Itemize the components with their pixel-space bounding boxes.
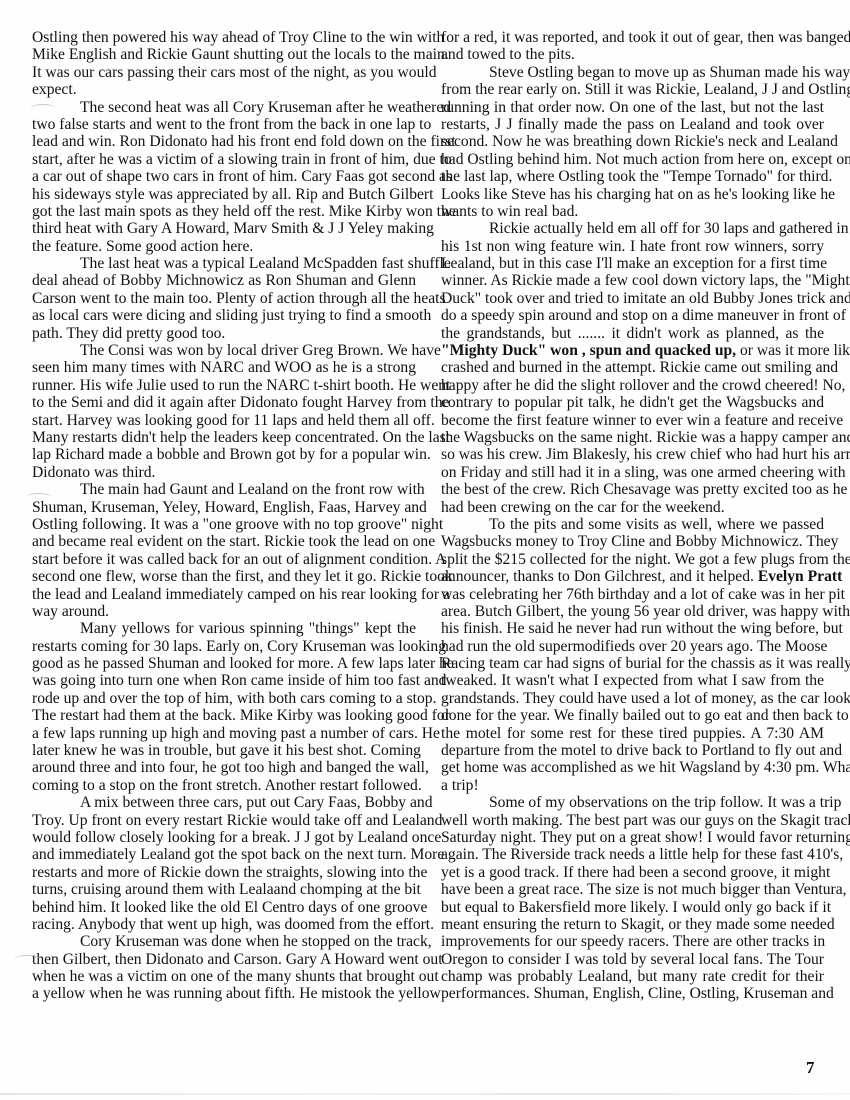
text-line: Oregon to consider I was told by several…: [441, 951, 824, 968]
text-line: deal ahead of Bobby Michnowicz as Ron Sh…: [32, 272, 416, 289]
text-line: A mix between three cars, put out Cary F…: [32, 794, 416, 811]
text-line: It was our cars passing their cars most …: [32, 64, 416, 81]
text-line: was going into turn one when Ron came in…: [32, 672, 416, 689]
text-line: the feature. Some good action here.: [32, 238, 416, 255]
text-line: a car out of shape two cars in front of …: [32, 168, 416, 185]
text-line: coming to a stop on the front stretch. A…: [32, 777, 416, 794]
text-line: Rickie actually held em all off for 30 l…: [441, 220, 824, 237]
text-line: start, after he was a victim of a slowin…: [32, 151, 416, 168]
text-line: behind him. It looked like the old El Ce…: [32, 899, 416, 916]
text-line: on Friday and still had it in a sling, w…: [441, 464, 824, 481]
scan-edge: [0, 1093, 850, 1095]
text-line: so was his crew. Jim Blakesly, his crew …: [441, 446, 824, 463]
text-line: his sideways style was appreciated by al…: [32, 186, 416, 203]
text-line: The last heat was a typical Lealand McSp…: [32, 255, 416, 272]
text-line: the motel for some rest for these tired …: [441, 725, 824, 742]
text-line: yet is a good track. If there had been a…: [441, 864, 824, 881]
text-line: Racing team car had signs of burial for …: [441, 655, 824, 672]
text-line: but equal to Bakersfield more likely. I …: [441, 899, 824, 916]
text-line: the best of the crew. Rich Chesavage was…: [441, 481, 824, 498]
text-line: the last lap, where Ostling took the "Te…: [441, 168, 824, 185]
text-line: The second heat was all Cory Kruseman af…: [32, 99, 416, 116]
text-line: To the pits and some visits as well, whe…: [441, 516, 824, 533]
scan-artifact: [30, 104, 56, 113]
text-line: got the last main spots as they held off…: [32, 203, 416, 220]
paragraph: The second heat was all Cory Kruseman af…: [32, 99, 416, 256]
text-line: improvements for our speedy racers. Ther…: [441, 933, 824, 950]
right-column: for a red, it was reported, and took it …: [441, 29, 824, 1003]
text-line: the Wagsbucks on the same night. Rickie …: [441, 429, 824, 446]
text-line: done for the year. We finally bailed out…: [441, 707, 824, 724]
text-line: Looks like Steve has his charging hat on…: [441, 186, 824, 203]
text-line: Many restarts didn't help the leaders ke…: [32, 429, 416, 446]
text-line: become the first feature winner to ever …: [441, 412, 824, 429]
text-line: start. Harvey was looking good for 11 la…: [32, 412, 416, 429]
text-line: Some of my observations on the trip foll…: [441, 794, 824, 811]
text-line: contrary to popular pit talk, he didn't …: [441, 394, 824, 411]
text-line: restarts coming for 30 laps. Early on, C…: [32, 638, 416, 655]
text-line: his 1st non wing feature win. I hate fro…: [441, 238, 824, 255]
text-line: was celebrating her 76th birthday and a …: [441, 586, 824, 603]
text-line: turns, cruising around them with Lealaan…: [32, 881, 416, 898]
text-line: good as he passed Shuman and looked for …: [32, 655, 416, 672]
text-line: again. The Riverside track needs a littl…: [441, 846, 824, 863]
text-line: Carson went to the main too. Plenty of a…: [32, 290, 416, 307]
text-line: get home was accomplished as we hit Wags…: [441, 759, 824, 776]
text-line: expect.: [32, 81, 416, 98]
paragraph: Many yellows for various spinning "thing…: [32, 620, 416, 794]
text-line: from the rear early on. Still it was Ric…: [441, 81, 824, 98]
text-line: had been crewing on the car for the week…: [441, 499, 824, 516]
text-line: the grandstands, but ....... it didn't w…: [441, 325, 824, 342]
text-line: start before it was called back for an o…: [32, 551, 416, 568]
text-line: later knew he was in trouble, but gave i…: [32, 742, 416, 759]
text-line: Mike English and Rickie Gaunt shutting o…: [32, 46, 416, 63]
bold-emphasis: "Mighty Duck" won , spun and quacked up,: [441, 342, 736, 359]
paragraph: To the pits and some visits as well, whe…: [441, 516, 824, 794]
text-line: Ostling then powered his way ahead of Tr…: [32, 29, 416, 46]
text-line: performances. Shuman, English, Cline, Os…: [441, 985, 824, 1002]
text-line: Didonato was third.: [32, 464, 416, 481]
text-line: The restart had them at the back. Mike K…: [32, 707, 416, 724]
text-line: for a red, it was reported, and took it …: [441, 29, 824, 46]
text-line: champ was probably Lealand, but many rat…: [441, 968, 824, 985]
text-line: Shuman, Kruseman, Yeley, Howard, English…: [32, 499, 416, 516]
text-line: a yellow when he was running about fifth…: [32, 985, 416, 1002]
paragraph: Cory Kruseman was done when he stopped o…: [32, 933, 416, 1003]
text-line: restarts and more of Rickie down the str…: [32, 864, 416, 881]
text-line: wants to win real bad.: [441, 203, 824, 220]
text-line: would follow closely looking for a break…: [32, 829, 416, 846]
text-line: crashed and burned in the attempt. Ricki…: [441, 359, 824, 376]
text-line: Cory Kruseman was done when he stopped o…: [32, 933, 416, 950]
text-line: around three and into four, he got too h…: [32, 759, 416, 776]
text-line: seen him many times with NARC and WOO as…: [32, 359, 416, 376]
text-line: lead and win. Ron Didonato had his front…: [32, 133, 416, 150]
text-line: restarts, J J finally made the pass on L…: [441, 116, 824, 133]
text-line: racing. Anybody that went up high, was d…: [32, 916, 416, 933]
paragraph: Rickie actually held em all off for 30 l…: [441, 220, 824, 516]
text-line: when he was a victim on one of the many …: [32, 968, 416, 985]
text-line: way around.: [32, 603, 416, 620]
text-line: third heat with Gary A Howard, Marv Smit…: [32, 220, 416, 237]
text-line: rode up and over the top of him, with bo…: [32, 690, 416, 707]
text-line: his finish. He said he never had run wit…: [441, 620, 824, 637]
text-line: meant ensuring the return to Skagit, or …: [441, 916, 824, 933]
text-line: had Ostling behind him. Not much action …: [441, 151, 824, 168]
text-line: happy after he did the slight rollover a…: [441, 377, 824, 394]
left-column: Ostling then powered his way ahead of Tr…: [32, 29, 416, 1003]
scan-artifact: [26, 493, 52, 502]
paragraph: Some of my observations on the trip foll…: [441, 794, 824, 1003]
text-line: Many yellows for various spinning "thing…: [32, 620, 416, 637]
text-line: The main had Gaunt and Lealand on the fr…: [32, 481, 416, 498]
text-line: departure from the motel to drive back t…: [441, 742, 824, 759]
paragraph: A mix between three cars, put out Cary F…: [32, 794, 416, 933]
text-line: runner. His wife Julie used to run the N…: [32, 377, 416, 394]
text-line: the lead and Lealand immediately camped …: [32, 586, 416, 603]
text-line: Troy. Up front on every restart Rickie w…: [32, 812, 416, 829]
text-line: two false starts and went to the front f…: [32, 116, 416, 133]
text-line: grandstands. They could have used a lot …: [441, 690, 824, 707]
text-line: Steve Ostling began to move up as Shuman…: [441, 64, 824, 81]
text-line: Saturday night. They put on a great show…: [441, 829, 824, 846]
text-line: Wagsbucks money to Troy Cline and Bobby …: [441, 533, 824, 550]
text-line: do a speedy spin around and stop on a di…: [441, 307, 824, 324]
text-line: winner. As Rickie made a few cool down v…: [441, 272, 824, 289]
document-page: Ostling then powered his way ahead of Tr…: [0, 0, 850, 1100]
text-line: Lealand, but in this case I'll make an e…: [441, 255, 824, 272]
paragraph: for a red, it was reported, and took it …: [441, 29, 824, 64]
paragraph: The main had Gaunt and Lealand on the fr…: [32, 481, 416, 620]
scan-artifact: [14, 955, 40, 964]
paragraph: Steve Ostling began to move up as Shuman…: [441, 64, 824, 221]
text-line: as local cars were dicing and sliding ju…: [32, 307, 416, 324]
text-line: to the Semi and did it again after Didon…: [32, 394, 416, 411]
paragraph: The Consi was won by local driver Greg B…: [32, 342, 416, 481]
text-line: then Gilbert, then Didonato and Carson. …: [32, 951, 416, 968]
text-line: split the $215 collected for the night. …: [441, 551, 824, 568]
bold-emphasis: Evelyn Pratt: [758, 568, 842, 585]
text-line: second. Now he was breathing down Rickie…: [441, 133, 824, 150]
text-line: and immediately Lealand got the spot bac…: [32, 846, 416, 863]
text-line: a few laps running up high and moving pa…: [32, 725, 416, 742]
page-number: 7: [806, 1058, 815, 1078]
text-line: "Mighty Duck" won , spun and quacked up,…: [441, 342, 824, 359]
text-line: and towed to the pits.: [441, 46, 824, 63]
text-line: announcer, thanks to Don Gilchrest, and …: [441, 568, 824, 585]
text-line: tweaked. It wasn't what I expected from …: [441, 672, 824, 689]
text-line: path. They did pretty good too.: [32, 325, 416, 342]
text-line: area. Butch Gilbert, the young 56 year o…: [441, 603, 824, 620]
text-line: Duck" took over and tried to imitate an …: [441, 290, 824, 307]
text-line: Ostling following. It was a "one groove …: [32, 516, 416, 533]
text-line: second one flew, worse than the first, a…: [32, 568, 416, 585]
text-line: well worth making. The best part was our…: [441, 812, 824, 829]
paragraph: The last heat was a typical Lealand McSp…: [32, 255, 416, 342]
text-line: The Consi was won by local driver Greg B…: [32, 342, 416, 359]
text-line: running in that order now. On one of the…: [441, 99, 824, 116]
text-line: have been a great race. The size is not …: [441, 881, 824, 898]
text-line: had run the old supermodifieds over 20 y…: [441, 638, 824, 655]
text-line: a trip!: [441, 777, 824, 794]
paragraph: Ostling then powered his way ahead of Tr…: [32, 29, 416, 99]
text-line: lap Richard made a bobble and Brown got …: [32, 446, 416, 463]
text-line: and became real evident on the start. Ri…: [32, 533, 416, 550]
